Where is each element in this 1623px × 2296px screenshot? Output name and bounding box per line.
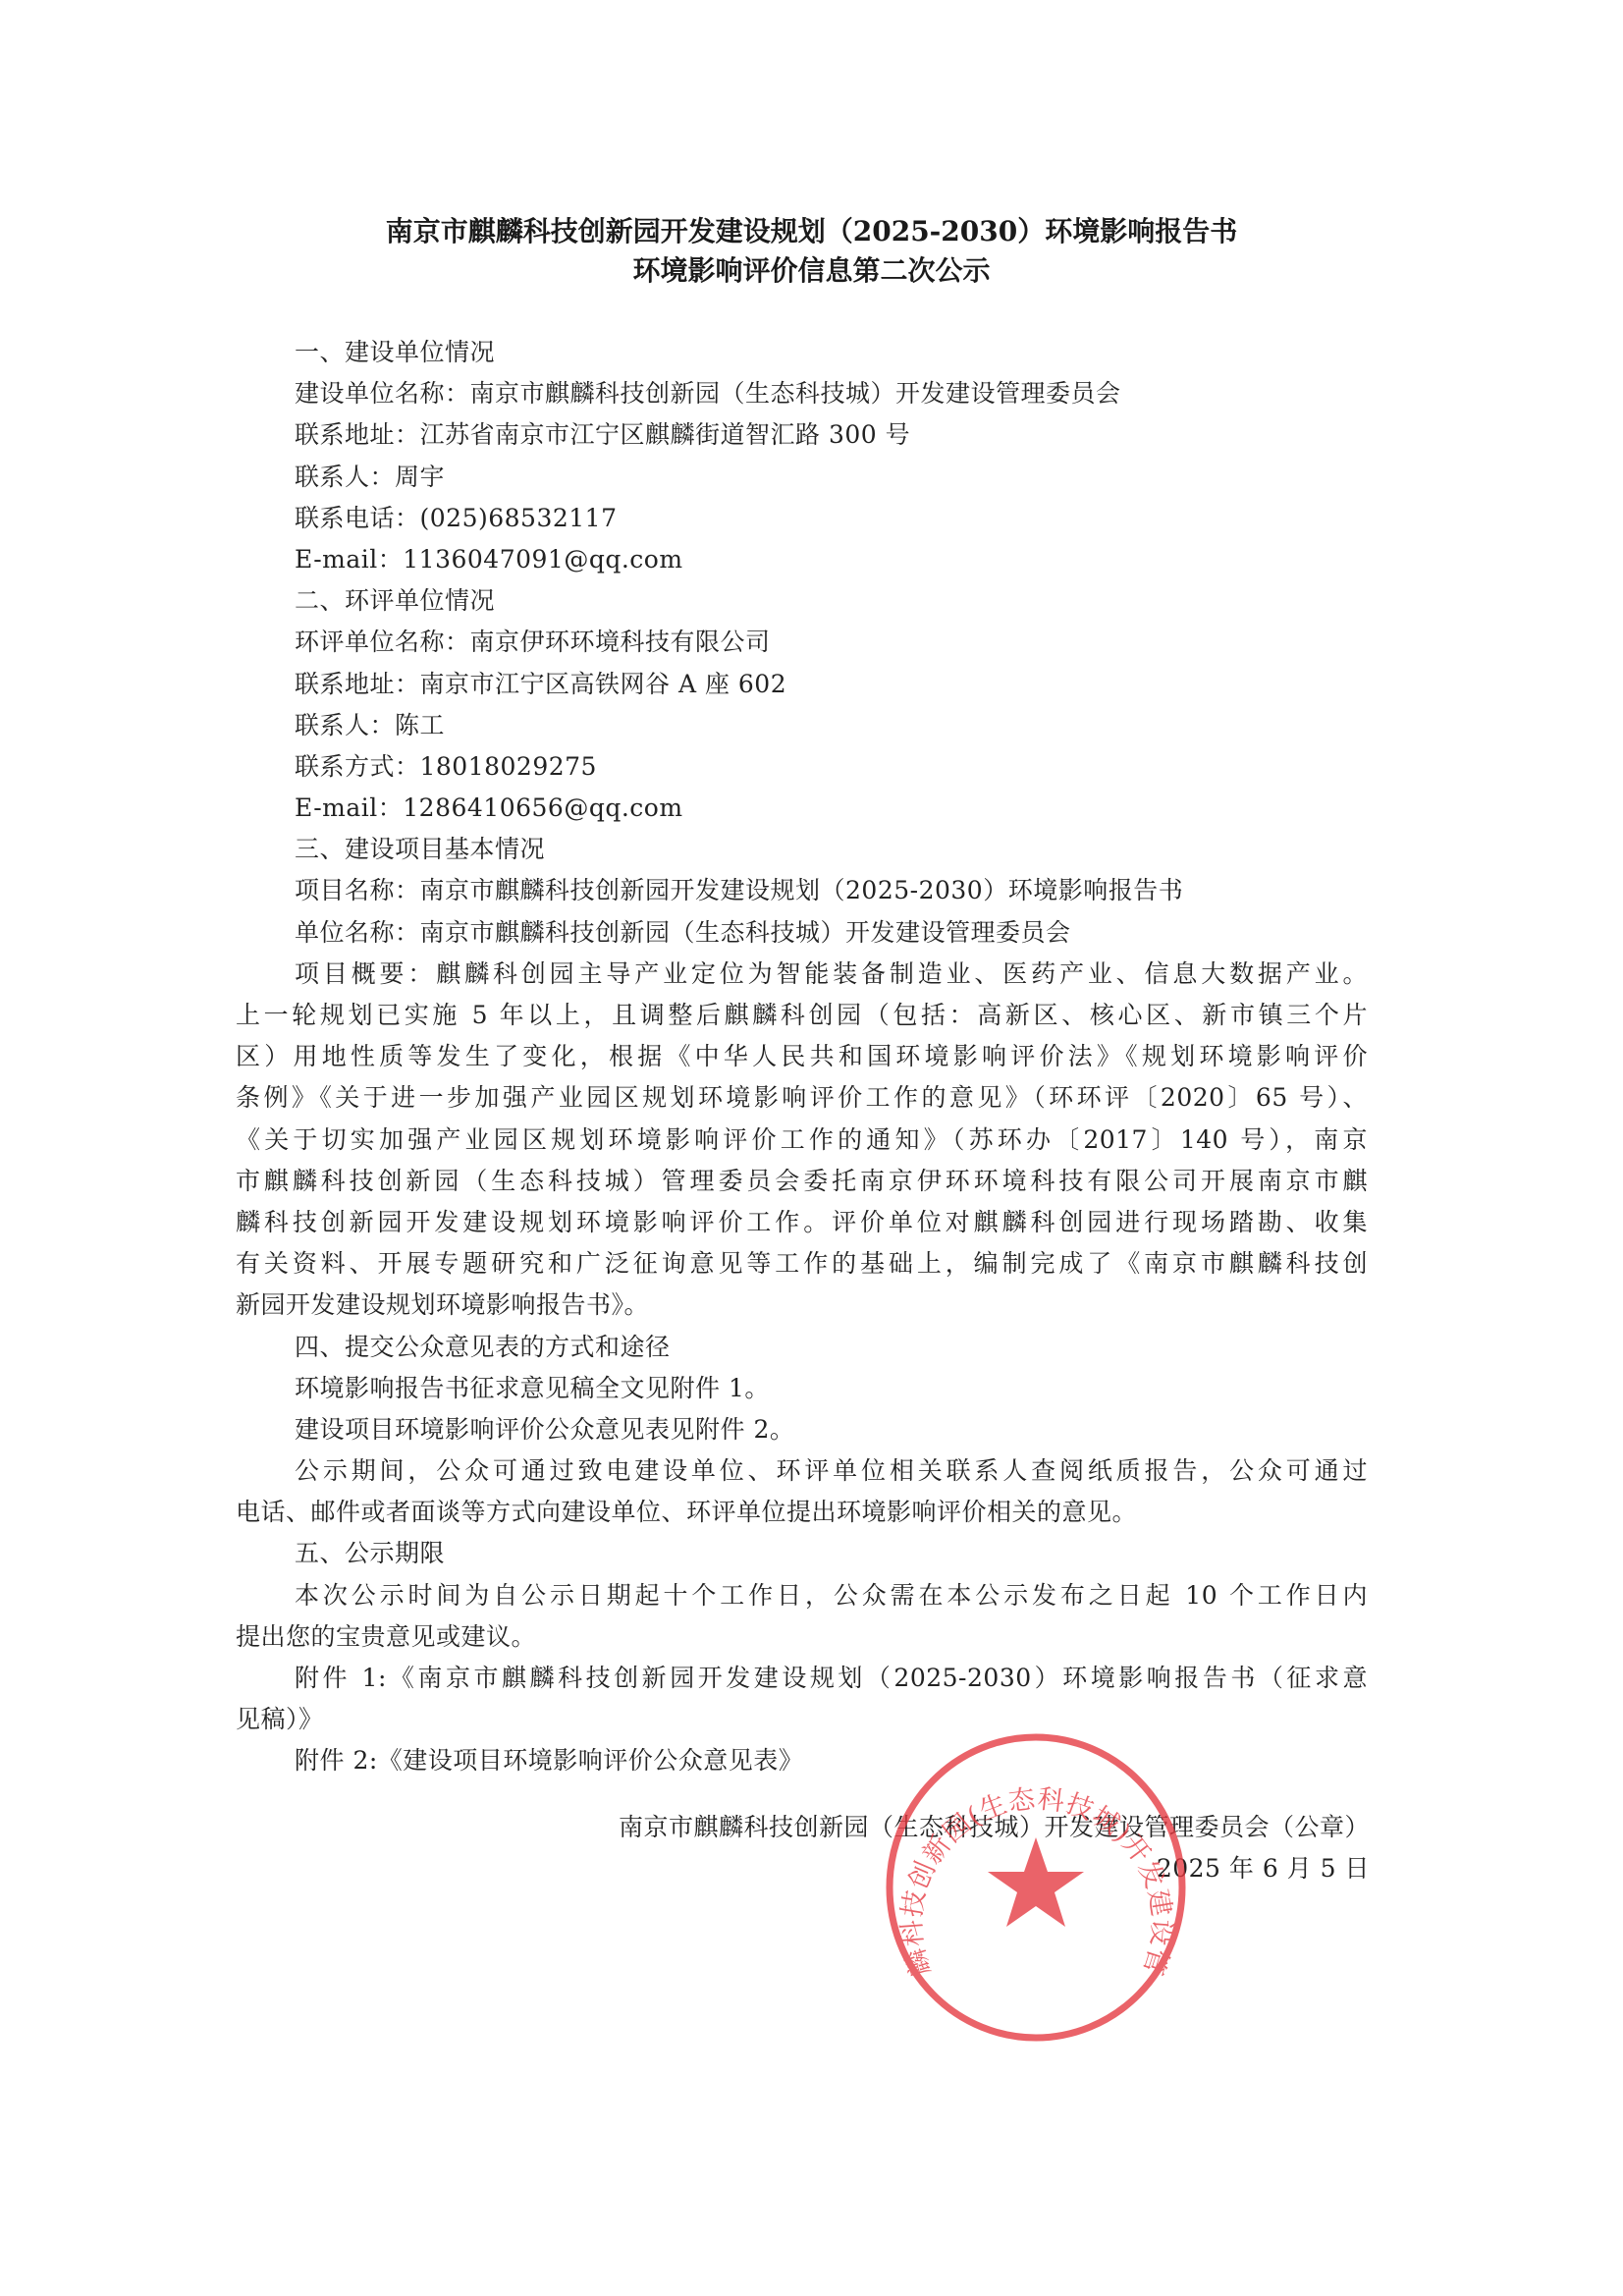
submission-paragraph-line: 电话、邮件或者面谈等方式向建设单位、环评单位提出环境影响评价相关的意见。 (236, 1492, 1375, 1533)
document-title: 南京市麒麟科技创新园开发建设规划（2025-2030）环境影响报告书 (0, 210, 1623, 249)
project-summary-line: 麟科技创新园开发建设规划环境影响评价工作。评价单位对麒麟科创园进行现场踏勘、收集 (236, 1202, 1368, 1243)
section-heading-submission: 四、提交公众意见表的方式和途径 (236, 1327, 1375, 1368)
attachment-1-line: 附件 1:《南京市麒麟科技创新园开发建设规划（2025-2030）环境影响报告书… (236, 1658, 1368, 1699)
eia-unit-address: 联系地址：南京市江宁区高铁网谷 A 座 602 (236, 664, 1375, 705)
eia-unit-name: 环评单位名称：南京伊环环境科技有限公司 (236, 622, 1375, 663)
section-heading-eia-unit: 二、环评单位情况 (236, 580, 1375, 622)
attachment-1-note: 环境影响报告书征求意见稿全文见附件 1。 (236, 1368, 1375, 1409)
attachment-2-note: 建设项目环境影响评价公众意见表见附件 2。 (236, 1409, 1375, 1450)
eia-unit-contact: 联系人：陈工 (236, 705, 1375, 746)
document-subtitle: 环境影响评价信息第二次公示 (0, 249, 1623, 289)
eia-unit-email: E-mail：1286410656@qq.com (236, 788, 1375, 829)
submission-paragraph-line: 公示期间，公众可通过致电建设单位、环评单位相关联系人查阅纸质报告，公众可通过 (236, 1450, 1368, 1492)
construction-unit-phone: 联系电话：(025)68532117 (236, 498, 1375, 539)
signature-block: 南京市麒麟科技创新园（生态科技城）开发建设管理委员会（公章） 2025 年 6 … (619, 1807, 1370, 1889)
attachment-2-line: 附件 2:《建设项目环境影响评价公众意见表》 (236, 1740, 1375, 1781)
project-summary-line: 新园开发建设规划环境影响报告书》。 (236, 1285, 1375, 1326)
construction-unit-address: 联系地址：江苏省南京市江宁区麒麟街道智汇路 300 号 (236, 414, 1375, 456)
section-heading-construction-unit: 一、建设单位情况 (236, 332, 1375, 373)
period-paragraph-line: 本次公示时间为自公示日期起十个工作日，公众需在本公示发布之日起 10 个工作日内 (236, 1575, 1368, 1616)
issue-date: 2025 年 6 月 5 日 (619, 1848, 1370, 1889)
issuer-name: 南京市麒麟科技创新园（生态科技城）开发建设管理委员会（公章） (619, 1807, 1370, 1848)
project-summary-line: 市麒麟科技创新园（生态科技城）管理委员会委托南京伊环环境科技有限公司开展南京市麒 (236, 1161, 1368, 1202)
project-summary-line: 区）用地性质等发生了变化，根据《中华人民共和国环境影响评价法》《规划环境影响评价 (236, 1036, 1368, 1077)
construction-unit-contact: 联系人：周宇 (236, 457, 1375, 498)
eia-unit-phone: 联系方式：18018029275 (236, 746, 1375, 788)
project-summary-line: 项目概要：麒麟科创园主导产业定位为智能装备制造业、医药产业、信息大数据产业。 (236, 954, 1368, 995)
project-summary-line: 有关资料、开展专题研究和广泛征询意见等工作的基础上，编制完成了《南京市麒麟科技创 (236, 1243, 1368, 1285)
section-heading-project-info: 三、建设项目基本情况 (236, 829, 1375, 870)
construction-unit-name: 建设单位名称：南京市麒麟科技创新园（生态科技城）开发建设管理委员会 (236, 373, 1375, 414)
construction-unit-email: E-mail：1136047091@qq.com (236, 539, 1375, 580)
period-paragraph-line: 提出您的宝贵意见或建议。 (236, 1616, 1375, 1658)
project-name: 项目名称：南京市麒麟科技创新园开发建设规划（2025-2030）环境影响报告书 (236, 870, 1375, 911)
project-summary-line: 《关于切实加强产业园区规划环境影响评价工作的通知》（苏环办〔2017〕140 号… (236, 1120, 1368, 1161)
attachment-1-line: 见稿）》 (236, 1699, 1375, 1740)
project-summary-line: 上一轮规划已实施 5 年以上，且调整后麒麟科创园（包括：高新区、核心区、新市镇三… (236, 995, 1368, 1036)
project-unit-name: 单位名称：南京市麒麟科技创新园（生态科技城）开发建设管理委员会 (236, 912, 1375, 954)
document-body: 一、建设单位情况 建设单位名称：南京市麒麟科技创新园（生态科技城）开发建设管理委… (236, 332, 1375, 1782)
document-page: 南京市麒麟科技创新园开发建设规划（2025-2030）环境影响报告书 环境影响评… (0, 0, 1623, 2296)
project-summary-line: 条例》《关于进一步加强产业园区规划环境影响评价工作的意见》（环环评〔2020〕6… (236, 1077, 1368, 1119)
section-heading-period: 五、公示期限 (236, 1533, 1375, 1574)
